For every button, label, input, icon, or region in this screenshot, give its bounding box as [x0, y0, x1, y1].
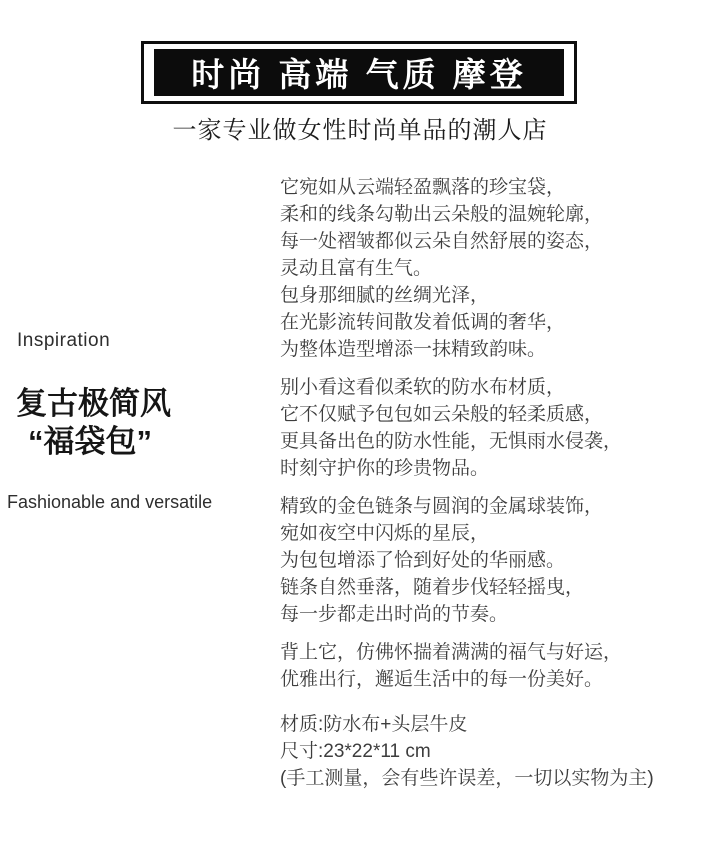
text-line: 更具备出色的防水性能，无惧雨水侵袭， [280, 428, 716, 455]
text-line: 在光影流转间散发着低调的奢华， [280, 309, 716, 336]
banner: 时尚 高端 气质 摩登 [154, 49, 564, 96]
text-line: 背上它，仿佛怀揣着满满的福气与好运， [280, 639, 716, 666]
text-line: 包身那细腻的丝绸光泽， [280, 282, 716, 309]
spec-note: (手工测量，会有些许误差，一切以实物为主) [280, 765, 716, 792]
text-line: 它不仅赋予包包如云朵般的轻柔质感， [280, 401, 716, 428]
description-column: 它宛如从云端轻盈飘落的珍宝袋， 柔和的线条勾勒出云朵般的温婉轮廓， 每一处褶皱都… [280, 174, 716, 792]
text-line: 优雅出行，邂逅生活中的每一份美好。 [280, 666, 716, 693]
inspiration-label: Inspiration [17, 330, 110, 352]
text-line: 时刻守护你的珍贵物品。 [280, 455, 716, 482]
product-detail-page: 时尚 高端 气质 摩登 一家专业做女性时尚单品的潮人店 Inspiration … [0, 0, 720, 860]
text-line: 它宛如从云端轻盈飘落的珍宝袋， [280, 174, 716, 201]
product-title-line2: “福袋包” [16, 423, 171, 461]
paragraph-material: 别小看这看似柔软的防水布材质， 它不仅赋予包包如云朵般的轻柔质感， 更具备出色的… [280, 374, 716, 482]
product-title: 复古极简风 “福袋包” [16, 385, 171, 461]
text-line: 灵动且富有生气。 [280, 255, 716, 282]
text-line: 精致的金色链条与圆润的金属球装饰， [280, 493, 716, 520]
tagline-label: Fashionable and versatile [7, 492, 212, 513]
text-line: 每一处褶皱都似云朵自然舒展的姿态， [280, 228, 716, 255]
text-line: 为包包增添了恰到好处的华丽感。 [280, 547, 716, 574]
spec-material: 材质:防水布+头层牛皮 [280, 711, 716, 738]
text-line: 宛如夜空中闪烁的星辰， [280, 520, 716, 547]
spec-size: 尺寸:23*22*11 cm [280, 738, 716, 765]
paragraph-hardware: 精致的金色链条与圆润的金属球装饰， 宛如夜空中闪烁的星辰， 为包包增添了恰到好处… [280, 493, 716, 628]
banner-title: 时尚 高端 气质 摩登 [191, 49, 527, 96]
text-line: 链条自然垂落，随着步伐轻轻摇曳， [280, 574, 716, 601]
text-line: 为整体造型增添一抹精致韵味。 [280, 336, 716, 363]
text-line: 别小看这看似柔软的防水布材质， [280, 374, 716, 401]
paragraph-appearance: 它宛如从云端轻盈飘落的珍宝袋， 柔和的线条勾勒出云朵般的温婉轮廓， 每一处褶皱都… [280, 174, 716, 363]
store-subtitle: 一家专业做女性时尚单品的潮人店 [0, 110, 720, 145]
product-specs: 材质:防水布+头层牛皮 尺寸:23*22*11 cm (手工测量，会有些许误差，… [280, 711, 716, 792]
text-line: 每一步都走出时尚的节奏。 [280, 601, 716, 628]
paragraph-closing: 背上它，仿佛怀揣着满满的福气与好运， 优雅出行，邂逅生活中的每一份美好。 [280, 639, 716, 693]
product-title-line1: 复古极简风 [16, 385, 171, 423]
banner-frame: 时尚 高端 气质 摩登 [141, 41, 577, 104]
text-line: 柔和的线条勾勒出云朵般的温婉轮廓， [280, 201, 716, 228]
